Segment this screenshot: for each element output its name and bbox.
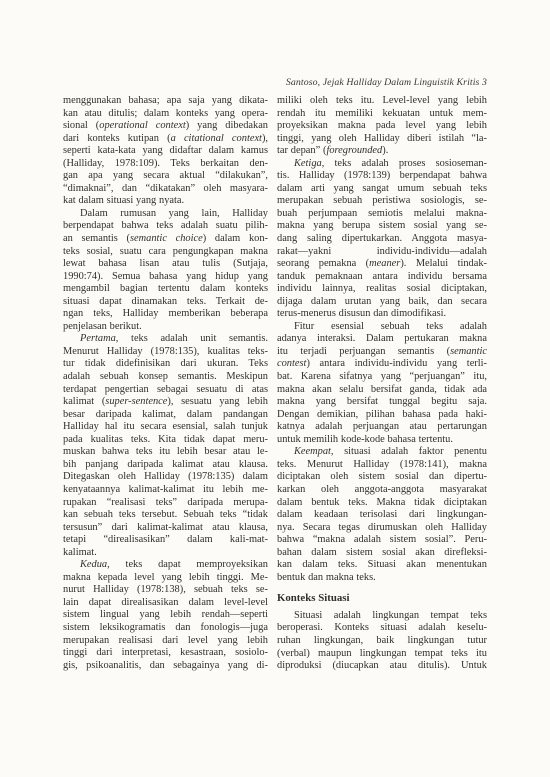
text-line: proyeksikan makna pada level yang lebih [277,120,487,133]
text-line: tinggi, yang oleh Halliday diberi istila… [277,133,487,146]
text-run: makna yang berupa sistem sosial yang se- [277,220,487,231]
text-run: tis. Halliday (1978:139) berpendapat bah… [277,170,487,181]
italic-text-run: foregrounded [326,145,382,156]
text-line: dari konteks kutipan (a citational conte… [63,133,268,146]
text-line: Ditegaskan oleh Halliday (1978:135) dala… [63,471,268,484]
text-run: dalam bentuk teks. Makna tidak diciptaka… [277,497,487,508]
text-run: tersusun” dari kalimat-kalimat atau klau… [63,522,268,533]
text-line: karkan oleh anggota-anggota masyarakat [277,484,487,497]
text-line: kat dalam situasi yang nyata. [63,195,268,208]
running-header: Santoso, Jejak Halliday Dalam Linguistik… [286,77,487,88]
italic-text-run: super-sentence [105,396,167,407]
text-run: nurut Halliday (1978:138), sebuah teks s… [63,584,268,595]
text-run: karkan oleh anggota-anggota masyarakat [277,484,487,495]
paragraph: Kedua, teks dapat memproyeksikanmakna ke… [63,559,268,672]
text-run: sistem leksikogramatis dan fonologis—jug… [63,622,268,633]
text-run: ). [382,145,388,156]
text-line: terdapat pengertian sebagai sesuatu di a… [63,384,268,397]
text-run: dari konteks kutipan ( [63,133,171,144]
text-run: kat dalam situasi yang nyata. [63,195,184,206]
text-line: ruhan lingkungan, baik lingkungan tutur [277,635,487,648]
text-run: rakat—yakni individu-individu—adalah [277,246,487,257]
text-run: ) dalam kon- [203,233,268,244]
paragraph: Ketiga, teks adalah proses sosioseman-ti… [277,158,487,321]
text-line: kalimat. [63,547,268,560]
text-line: gis, psikoanalitis, dan sebagainya yang … [63,660,268,673]
text-run: , teks adalah proses sosioseman- [322,158,487,169]
text-run: nya. Secara tegas dirumuskan oleh Hallid… [277,522,487,533]
text-run: bahwa “makna adalah sistem sosial”. Peru… [277,534,487,545]
text-line: berpendapat bahwa teks adalah suatu pili… [63,220,268,233]
column-right: miliki oleh teks itu. Level-level yang l… [277,95,487,673]
text-run: ruhan lingkungan, baik lingkungan tutur [277,635,487,646]
text-run: diproduksi (diucapkan atau ditulis). Unt… [277,660,487,671]
text-run: terdapat pengertian sebagai sesuatu di a… [63,384,268,395]
text-run: makna kepada level yang lebih tinggi. Me… [63,572,268,583]
italic-text-run: Kedua [80,559,107,570]
text-run: rupakan “realisasi teks” daripada merupa… [63,497,268,508]
text-line: itu terjadi perjuangan semantis (semanti… [277,346,487,359]
text-line: Keempat, situasi adalah faktor penentu [277,446,487,459]
text-run: terus-menerus disusun dan dimodifikasi. [277,308,446,319]
text-run: tanduk pemaknaan antara individu bersama [277,271,487,282]
text-run: gan apa yang secara aktual “dilakukan”, [63,170,268,181]
text-line: Situasi adalah lingkungan tempat teks [277,610,487,623]
paragraph: miliki oleh teks itu. Level-level yang l… [277,95,487,158]
text-line: teks sosial, suatu cara pengungkapan mak… [63,246,268,259]
text-line: bih panjang daripada kalimat atau klausa… [63,459,268,472]
text-run: merupakan sebuah peristiwa sosiologis, s… [277,195,487,206]
text-run: dalam arti yang sangat umum sebuah teks [277,183,487,194]
text-run: dijaga dalam urutan yang baik, dan secar… [277,296,487,307]
text-run: rendah itu memiliki kekuatan untuk mem- [277,108,487,119]
italic-text-run: Pertama [80,333,116,344]
text-run: ), sesuatu yang lebih [167,396,268,407]
text-run: kan dalam teks. Situasi akan menentukan [277,559,487,570]
text-run: kalimat. [63,547,97,558]
text-line: katnya adalah perjuangan atau pertarunga… [277,421,487,434]
paragraph: Dalam rumusan yang lain, Hallidayberpend… [63,208,268,333]
text-line: buah perjumpaan semiotis melalui makna- [277,208,487,221]
section-heading: Konteks Situasi [277,592,487,605]
text-run: kalimat ( [63,396,105,407]
text-line: tar depan” (foregrounded). [277,145,487,158]
text-line: tis. Halliday (1978:139) berpendapat bah… [277,170,487,183]
text-line: penjelasan berikut. [63,321,268,334]
text-line: Fitur esensial sebuah teks adalah [277,321,487,334]
document-page: Santoso, Jejak Halliday Dalam Linguistik… [0,0,550,777]
text-run: , teks adalah unit semantis. [116,333,268,344]
text-line: seperti kata-kata yang didaftar dalam ka… [63,145,268,158]
text-line: individu lainnya, realitas sosial dicipt… [277,283,487,296]
text-line: rendah itu memiliki kekuatan untuk mem- [277,108,487,121]
text-run: untuk memilih kode-kode bahasa tertentu. [277,434,453,445]
text-line: kan sebuah teks tersebut. Sebuah teks “t… [63,509,268,522]
paragraph: Pertama, teks adalah unit semantis.Menur… [63,333,268,559]
text-run: katnya adalah perjuangan atau pertarunga… [277,421,487,432]
text-run: ), [262,133,268,144]
text-line: ngan teks, Halliday memberikan beberapa [63,308,268,321]
italic-text-run: Keempat, [294,446,334,457]
text-line: “dimaknai”, dan “dikatakan” oleh masyara… [63,183,268,196]
text-line: sistem lingual yang lebih rendah—seperti [63,609,268,622]
text-line: tetapi “direalisasikan” dalam kali-mat- [63,534,268,547]
text-line: untuk memilih kode-kode bahasa tertentu. [277,434,487,447]
italic-text-run: contest [277,358,306,369]
text-line: tanduk pemaknaan antara individu bersama [277,271,487,284]
text-run: bih panjang daripada kalimat atau klausa… [63,459,268,470]
text-line: tinggi dari interpretasi, kesastraan, so… [63,647,268,660]
text-line: bentuk dan makna teks. [277,572,487,585]
text-line: makna kepada level yang lebih tinggi. Me… [63,572,268,585]
italic-text-run: semantic [450,346,487,357]
text-run: beroperasi. Konteks situasi adalah kesel… [277,622,487,633]
text-run: mengambil bagian tertentu dalam konteks [63,283,268,294]
text-run: makna yang bersifat tunggal begitu saja. [277,396,487,407]
text-run: adalah sebuah konsep semantis. Meskipun [63,371,268,382]
text-line: miliki oleh teks itu. Level-level yang l… [277,95,487,108]
text-run: makna akan selalu bersifat ganda, tidak … [277,384,487,395]
text-run: individu lainnya, realitas sosial dicipt… [277,283,487,294]
text-run: (verbal) maupun lingkungan tempat teks i… [277,648,487,659]
text-run: menggunakan bahasa; apa saja yang dikata… [63,95,268,106]
italic-text-run: operational context [99,120,185,131]
text-run: Halliday hal itu secara esensial, salah … [63,421,268,432]
text-line: Kedua, teks dapat memproyeksikan [63,559,268,572]
text-run: seperti kata-kata yang didaftar dalam ka… [63,145,268,156]
text-run: 1990:74). Semua bahasa yang hidup yang [63,271,268,282]
text-run: besar daripada kalimat, dalam pandangan [63,409,268,420]
text-line: nurut Halliday (1978:138), sebuah teks s… [63,584,268,597]
text-run: sional ( [63,120,99,131]
text-line: kenyataannya kalimat-kalimat itu lebih m… [63,484,268,497]
text-line: merupakan sebuah peristiwa sosiologis, s… [277,195,487,208]
text-line: Dengan demikian, pilihan bahasa pada hak… [277,409,487,422]
paragraph: menggunakan bahasa; apa saja yang dikata… [63,95,268,208]
text-line: nya. Secara tegas dirumuskan oleh Hallid… [277,522,487,535]
text-run: ). Melalui tindak- [400,258,487,269]
text-line: makna yang berupa sistem sosial yang se- [277,220,487,233]
text-line: tersusun” dari kalimat-kalimat atau klau… [63,522,268,535]
text-run: berpendapat bahwa teks adalah suatu pili… [63,220,268,231]
text-line: kan dalam teks. Situasi akan menentukan [277,559,487,572]
italic-text-run: a citational context [171,133,262,144]
text-run: Dengan demikian, pilihan bahasa pada hak… [277,409,487,420]
paragraph: Fitur esensial sebuah teks adalahadanya … [277,321,487,446]
text-line: dalam bentuk teks. Makna tidak diciptaka… [277,497,487,510]
text-run: Situasi adalah lingkungan tempat teks [294,610,487,621]
text-run: bat. Karena sifatnya yang “perjuangan” i… [277,371,487,382]
text-run: diciptakan oleh sistem sosial dan dipert… [277,471,487,482]
text-line: kan atau ditulis; dalam konteks yang ope… [63,108,268,121]
text-run: pada kualitas teks. Kita tidak dapat mer… [63,434,268,445]
text-run: teks. Menurut Halliday (1978:141), makna [277,459,487,470]
text-line: rupakan “realisasi teks” daripada merupa… [63,497,268,510]
text-line: dalam keadaan terisolasi dari lingkungan… [277,509,487,522]
text-line: adalah sebuah konsep semantis. Meskipun [63,371,268,384]
text-line: dang saling dipertukarkan. Anggota masya… [277,233,487,246]
text-columns: menggunakan bahasa; apa saja yang dikata… [63,95,487,673]
text-run: lewat bahasa lisan atau tulis (Sutjaja, [63,258,268,269]
text-line: bat. Karena sifatnya yang “perjuangan” i… [277,371,487,384]
text-run: dalam keadaan terisolasi dari lingkungan… [277,509,487,520]
text-line: adanya interaksi. Dalam pertukaran makna [277,333,487,346]
text-line: dalam arti yang sangat umum sebuah teks [277,183,487,196]
text-run: situasi dapat dinamakan teks. Terkait de… [63,296,268,307]
text-run: buah perjumpaan semiotis melalui makna- [277,208,487,219]
text-run: an semantis ( [63,233,130,244]
text-run: gis, psikoanalitis, dan sebagainya yang … [63,660,268,671]
text-line: (verbal) maupun lingkungan tempat teks i… [277,648,487,661]
text-line: makna akan selalu bersifat ganda, tidak … [277,384,487,397]
text-line: Pertama, teks adalah unit semantis. [63,333,268,346]
text-run: adanya interaksi. Dalam pertukaran makna [277,333,487,344]
text-run: Dalam rumusan yang lain, Halliday [80,208,268,219]
text-line: contest) antara individu-individu yang t… [277,358,487,371]
text-line: bahan dalam sistem sosial akan direfleks… [277,547,487,560]
text-line: diciptakan oleh sistem sosial dan dipert… [277,471,487,484]
text-line: lain dapat direalisasikan dalam level-le… [63,597,268,610]
text-line: lewat bahasa lisan atau tulis (Sutjaja, [63,258,268,271]
text-line: tur tidak didefinisikan dari ukuran. Tek… [63,358,268,371]
text-line: rakat—yakni individu-individu—adalah [277,246,487,259]
column-left: menggunakan bahasa; apa saja yang dikata… [63,95,268,673]
text-run: “dimaknai”, dan “dikatakan” oleh masyara… [63,183,268,194]
text-line: bahwa “makna adalah sistem sosial”. Peru… [277,534,487,547]
italic-text-run: meaner [369,258,400,269]
text-line: makna yang bersifat tunggal begitu saja. [277,396,487,409]
text-run: lain dapat direalisasikan dalam level-le… [63,597,268,608]
text-run: tur tidak didefinisikan dari ukuran. Tek… [63,358,268,369]
text-run: Konteks Situasi [277,592,350,604]
italic-text-run: semantic choice [130,233,203,244]
text-run: sistem lingual yang lebih rendah—seperti [63,609,268,620]
text-line: Halliday hal itu secara esensial, salah … [63,421,268,434]
text-line: menggunakan bahasa; apa saja yang dikata… [63,95,268,108]
paragraph: Situasi adalah lingkungan tempat teksber… [277,610,487,673]
text-run: bahan dalam sistem sosial akan direfleks… [277,547,487,558]
paragraph: Keempat, situasi adalah faktor penentute… [277,446,487,584]
italic-text-run: Ketiga [294,158,322,169]
text-line: kalimat (super-sentence), sesuatu yang l… [63,396,268,409]
text-run: seorang pemakna ( [277,258,369,269]
text-line: diproduksi (diucapkan atau ditulis). Unt… [277,660,487,673]
text-line: Dalam rumusan yang lain, Halliday [63,208,268,221]
text-run: kenyataannya kalimat-kalimat itu lebih m… [63,484,268,495]
text-run: tetapi “direalisasikan” dalam kali-mat- [63,534,268,545]
text-run: Menurut Halliday (1978:135), kualitas te… [63,346,268,357]
text-line: merupakan realisasi dari level yang lebi… [63,635,268,648]
text-line: 1990:74). Semua bahasa yang hidup yang [63,271,268,284]
text-run: bentuk dan makna teks. [277,572,376,583]
text-line: terus-menerus disusun dan dimodifikasi. [277,308,487,321]
text-run: , teks dapat memproyeksikan [107,559,268,570]
text-run: muskan bahwa teks itu lebih besar atau l… [63,446,268,457]
text-line: gan apa yang secara aktual “dilakukan”, [63,170,268,183]
text-run: merupakan realisasi dari level yang lebi… [63,635,268,646]
text-line: seorang pemakna (meaner). Melalui tindak… [277,258,487,271]
text-line: mengambil bagian tertentu dalam konteks [63,283,268,296]
text-line: sional (operational context) yang dibeda… [63,120,268,133]
text-run: kan atau ditulis; dalam konteks yang ope… [63,108,268,119]
text-run: miliki oleh teks itu. Level-level yang l… [277,95,487,106]
text-run: Ditegaskan oleh Halliday (1978:135) dala… [63,471,268,482]
text-line: teks. Menurut Halliday (1978:141), makna [277,459,487,472]
text-line: Ketiga, teks adalah proses sosioseman- [277,158,487,171]
text-run: situasi adalah faktor penentu [334,446,487,457]
text-run: proyeksikan makna pada level yang lebih [277,120,487,131]
text-line: besar daripada kalimat, dalam pandangan [63,409,268,422]
text-line: muskan bahwa teks itu lebih besar atau l… [63,446,268,459]
text-run: itu terjadi perjuangan semantis ( [277,346,450,357]
text-run: tinggi, yang oleh Halliday diberi istila… [277,133,487,144]
text-run: ) antara individu-individu yang terli- [306,358,487,369]
text-run: penjelasan berikut. [63,321,142,332]
text-line: situasi dapat dinamakan teks. Terkait de… [63,296,268,309]
text-run: ngan teks, Halliday memberikan beberapa [63,308,268,319]
text-line: dijaga dalam urutan yang baik, dan secar… [277,296,487,309]
text-line: beroperasi. Konteks situasi adalah kesel… [277,622,487,635]
text-run: ) yang dibedakan [186,120,268,131]
text-line: pada kualitas teks. Kita tidak dapat mer… [63,434,268,447]
text-run: Fitur esensial sebuah teks adalah [294,321,487,332]
text-run: (Halliday, 1978:109). Teks berkaitan den… [63,158,268,169]
text-run: tar depan” ( [277,145,326,156]
text-run: tinggi dari interpretasi, kesastraan, so… [63,647,268,658]
text-line: an semantis (semantic choice) dalam kon- [63,233,268,246]
text-run: dang saling dipertukarkan. Anggota masya… [277,233,487,244]
text-run: teks sosial, suatu cara pengungkapan mak… [63,246,268,257]
text-line: (Halliday, 1978:109). Teks berkaitan den… [63,158,268,171]
text-run: kan sebuah teks tersebut. Sebuah teks “t… [63,509,268,520]
text-line: Menurut Halliday (1978:135), kualitas te… [63,346,268,359]
text-line: Konteks Situasi [277,592,487,605]
text-line: sistem leksikogramatis dan fonologis—jug… [63,622,268,635]
